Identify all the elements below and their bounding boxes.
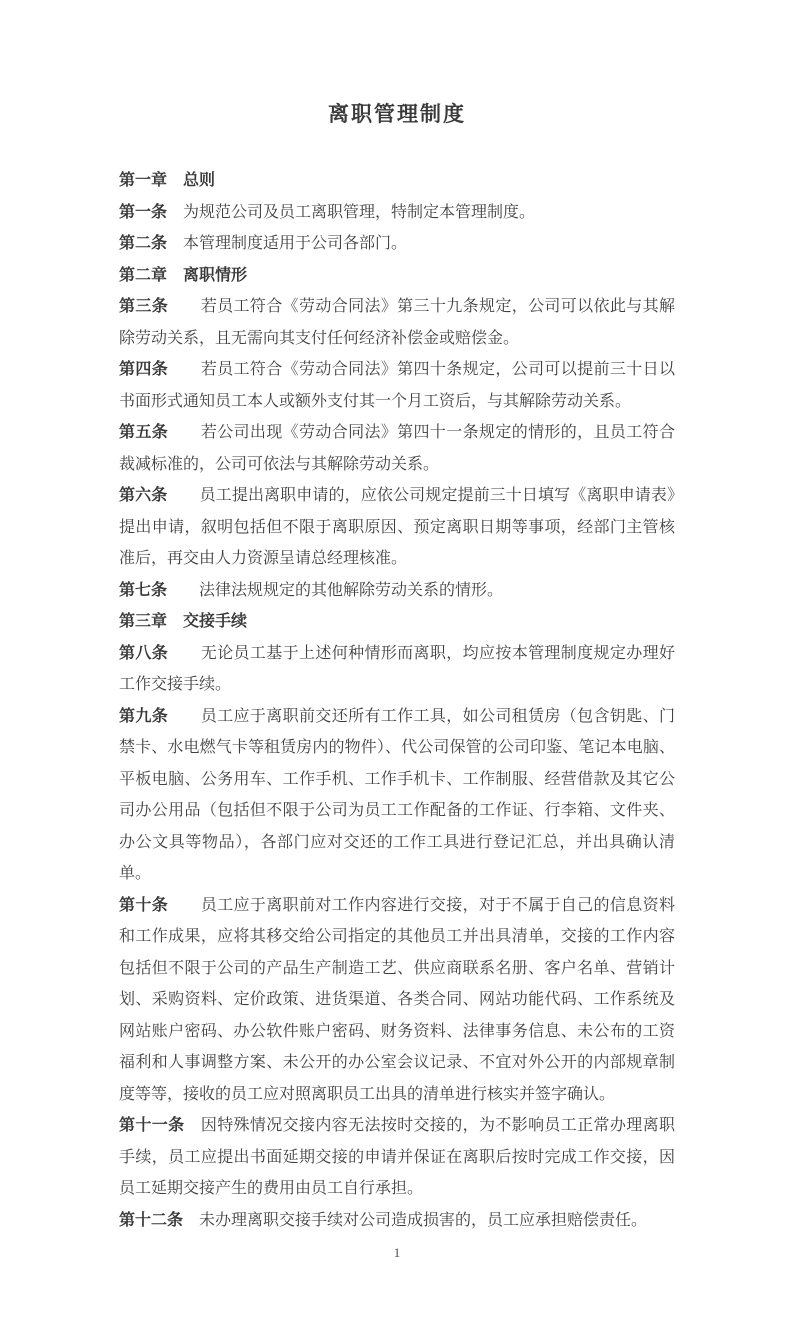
label-separator (168, 708, 201, 725)
label-separator (168, 645, 201, 662)
label-separator (167, 613, 183, 630)
article-paragraph: 第八条 无论员工基于上述何种情形而离职，均应按本管理制度规定办理好工作交接手续。 (119, 638, 675, 701)
document-title: 离职管理制度 (0, 0, 794, 128)
article-label: 第二条 (119, 235, 167, 252)
label-separator (168, 897, 201, 914)
chapter-label: 第三章 (119, 613, 167, 630)
article-text: 本管理制度适用于公司各部门。 (183, 235, 407, 252)
article-label: 第七条 (119, 582, 167, 599)
article-paragraph: 第六条 员工提出离职申请的，应依公司规定提前三十日填写《离职申请表》提出申请，叙… (119, 480, 675, 575)
article-paragraph: 第十一条 因特殊情况交接内容无法按时交接的，为不影响员工正常办理离职手续，员工应… (119, 1110, 675, 1205)
label-separator (167, 204, 183, 221)
article-paragraph: 第一条 为规范公司及员工离职管理，特制定本管理制度。 (119, 197, 675, 229)
chapter-title-text: 交接手续 (183, 613, 247, 630)
label-separator (167, 487, 199, 504)
article-paragraph: 第五条 若公司出现《劳动合同法》第四十一条规定的情形的，且员工符合裁减标准的，公… (119, 417, 675, 480)
chapter-title-text: 离职情形 (183, 267, 247, 284)
article-text: 无论员工基于上述何种情形而离职，均应按本管理制度规定办理好工作交接手续。 (119, 645, 675, 694)
article-paragraph: 第四条 若员工符合《劳动合同法》第四十条规定，公司可以提前三十日以书面形式通知员… (119, 354, 675, 417)
label-separator (168, 424, 201, 441)
article-paragraph: 第七条 法律法规规定的其他解除劳动关系的情形。 (119, 575, 675, 607)
article-text: 因特殊情况交接内容无法按时交接的，为不影响员工正常办理离职手续，员工应提出书面延… (119, 1117, 675, 1197)
article-paragraph: 第十二条 未办理离职交接手续对公司造成损害的，员工应承担赔偿责任。 (119, 1205, 675, 1237)
chapter-heading: 第一章 总则 (119, 165, 675, 197)
article-label: 第五条 (119, 424, 168, 441)
article-paragraph: 第十条 员工应于离职前对工作内容进行交接，对于不属于自己的信息资料和工作成果，应… (119, 890, 675, 1111)
article-text: 为规范公司及员工离职管理，特制定本管理制度。 (183, 204, 535, 221)
label-separator (183, 1212, 199, 1229)
article-label: 第四条 (119, 361, 168, 378)
article-label: 第十条 (119, 897, 168, 914)
article-text: 若员工符合《劳动合同法》第四十条规定，公司可以提前三十日以书面形式通知员工本人或… (119, 361, 675, 410)
article-label: 第九条 (119, 708, 168, 725)
article-text: 若公司出现《劳动合同法》第四十一条规定的情形的，且员工符合裁减标准的，公司可依法… (119, 424, 675, 473)
label-separator (167, 267, 183, 284)
article-label: 第十一条 (119, 1117, 184, 1134)
chapter-title-text: 总则 (183, 172, 215, 189)
article-label: 第一条 (119, 204, 167, 221)
article-text: 未办理离职交接手续对公司造成损害的，员工应承担赔偿责任。 (199, 1212, 647, 1229)
article-paragraph: 第九条 员工应于离职前交还所有工作工具，如公司租赁房（包含钥匙、门禁卡、水电燃气… (119, 701, 675, 890)
page-number: 1 (0, 1245, 794, 1261)
article-text: 员工应于离职前交还所有工作工具，如公司租赁房（包含钥匙、门禁卡、水电燃气卡等租赁… (119, 708, 675, 883)
chapter-label: 第二章 (119, 267, 167, 284)
chapter-label: 第一章 (119, 172, 167, 189)
article-text: 员工提出离职申请的，应依公司规定提前三十日填写《离职申请表》提出申请，叙明包括但… (119, 487, 675, 567)
article-text: 若员工符合《劳动合同法》第三十九条规定，公司可以依此与其解除劳动关系，且无需向其… (119, 298, 675, 347)
label-separator (167, 235, 183, 252)
article-paragraph: 第三条 若员工符合《劳动合同法》第三十九条规定，公司可以依此与其解除劳动关系，且… (119, 291, 675, 354)
label-separator (168, 361, 201, 378)
article-text: 法律法规规定的其他解除劳动关系的情形。 (199, 582, 503, 599)
chapter-heading: 第二章 离职情形 (119, 260, 675, 292)
label-separator (167, 582, 199, 599)
article-label: 第八条 (119, 645, 168, 662)
document-body: 第一章 总则第一条 为规范公司及员工离职管理，特制定本管理制度。第二条 本管理制… (119, 165, 675, 1236)
article-label: 第十二条 (119, 1212, 183, 1229)
label-separator (184, 1117, 200, 1134)
article-label: 第六条 (119, 487, 167, 504)
document-page: 离职管理制度 第一章 总则第一条 为规范公司及员工离职管理，特制定本管理制度。第… (0, 0, 794, 1323)
chapter-heading: 第三章 交接手续 (119, 606, 675, 638)
article-text: 员工应于离职前对工作内容进行交接，对于不属于自己的信息资料和工作成果，应将其移交… (119, 897, 675, 1103)
article-label: 第三条 (119, 298, 168, 315)
label-separator (168, 298, 201, 315)
label-separator (167, 172, 183, 189)
article-paragraph: 第二条 本管理制度适用于公司各部门。 (119, 228, 675, 260)
